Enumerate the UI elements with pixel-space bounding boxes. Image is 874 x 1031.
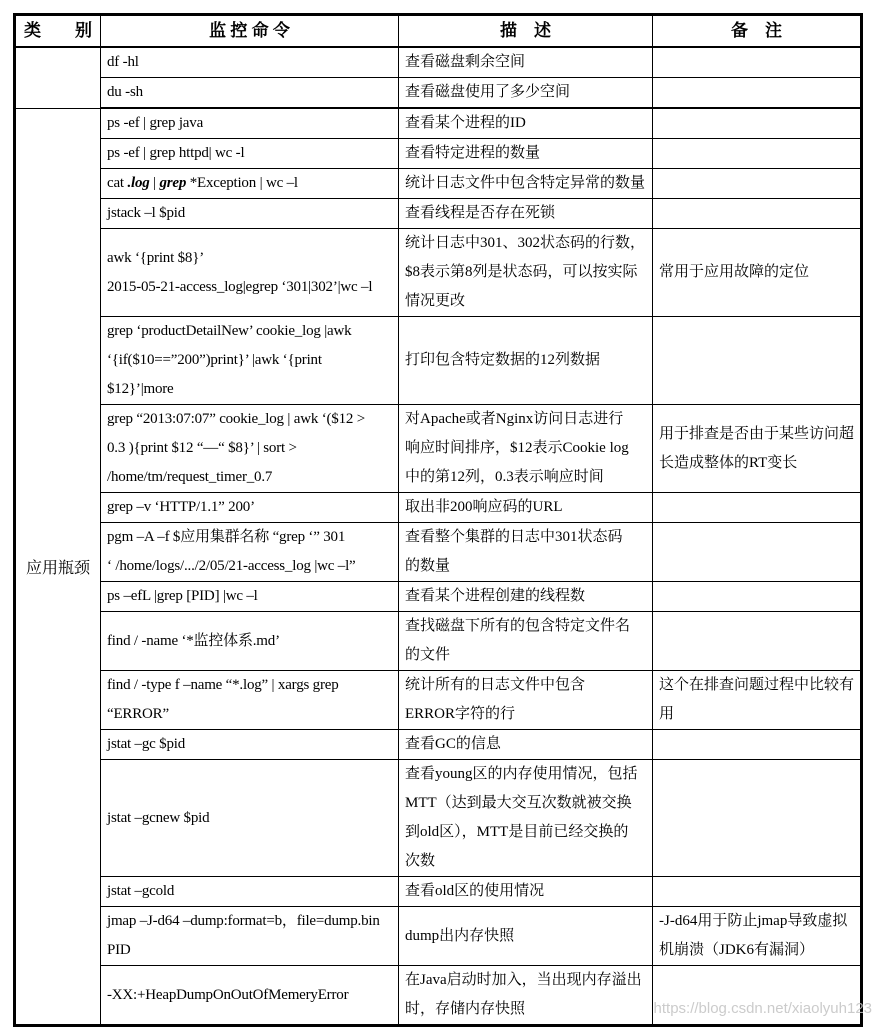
description-cell: 统计所有的日志文件中包含ERROR字符的行 (399, 671, 653, 730)
category-cell (15, 47, 101, 108)
cell-line: 的文件 (405, 641, 646, 670)
table-row: cat .log | grep *Exception | wc –l统计日志文件… (15, 169, 862, 199)
cell-line: 这个在排查问题过程中比较有 (659, 671, 854, 700)
cell-line: -XX:+HeapDumpOnOutOfMemeryError (107, 981, 392, 1010)
note-cell (653, 317, 862, 405)
note-cell (653, 493, 862, 523)
description-cell: 查看磁盘剩余空间 (399, 47, 653, 78)
note-cell (653, 139, 862, 169)
command-cell: -XX:+HeapDumpOnOutOfMemeryError (101, 966, 399, 1026)
cell-line: cat .log | grep *Exception | wc –l (107, 169, 392, 198)
note-cell (653, 760, 862, 877)
command-segment-emphasis: grep (159, 175, 186, 191)
note-cell (653, 877, 862, 907)
description-cell: 打印包含特定数据的12列数据 (399, 317, 653, 405)
cell-line: 查看old区的使用情况 (405, 877, 646, 906)
cell-line: 取出非200响应码的URL (405, 493, 646, 522)
cell-line: 到old区），MTT是目前已经交换的 (405, 818, 646, 847)
command-cell: df -hl (101, 47, 399, 78)
cell-line: 查看整个集群的日志中301状态码 (405, 523, 646, 552)
command-cell: du -sh (101, 78, 399, 109)
cell-line: 次数 (405, 847, 646, 876)
command-cell: grep “2013:07:07” cookie_log | awk ‘($12… (101, 405, 399, 493)
column-header-note: 备 注 (653, 15, 862, 48)
cell-line: MTT（达到最大交互次数就被交换 (405, 789, 646, 818)
note-cell (653, 169, 862, 199)
description-cell: 查看某个进程的ID (399, 108, 653, 139)
table-row: ps –efL |grep [PID] |wc –l查看某个进程创建的线程数 (15, 582, 862, 612)
command-cell: cat .log | grep *Exception | wc –l (101, 169, 399, 199)
cell-line: pgm –A –f $应用集群名称 “grep ‘” 301 (107, 523, 392, 552)
table-row: 应用瓶颈ps -ef | grep java查看某个进程的ID (15, 108, 862, 139)
cell-line: 中的第12列，0.3表示响应时间 (405, 463, 646, 492)
cell-line: $12}’|more (107, 375, 392, 404)
command-segment-emphasis: .log (127, 175, 149, 191)
cell-line: ps -ef | grep java (107, 109, 392, 138)
cell-line: grep ‘productDetailNew’ cookie_log |awk (107, 317, 392, 346)
description-cell: 查看整个集群的日志中301状态码的数量 (399, 523, 653, 582)
table-row: find / -name ‘*监控体系.md’查找磁盘下所有的包含特定文件名的文… (15, 612, 862, 671)
cell-line: “ERROR” (107, 700, 392, 729)
category-cell: 应用瓶颈 (15, 108, 101, 1026)
header-row: 类 别 监 控 命 令 描 述 备 注 (15, 15, 862, 48)
command-cell: ps -ef | grep java (101, 108, 399, 139)
note-cell (653, 582, 862, 612)
note-cell (653, 47, 862, 78)
cell-line: 查看某个进程的ID (405, 109, 646, 138)
cell-line: 时，存储内存快照 (405, 995, 646, 1024)
note-cell: 用于排查是否由于某些访问超长造成整体的RT变长 (653, 405, 862, 493)
page: 类 别 监 控 命 令 描 述 备 注 df -hl查看磁盘剩余空间du -sh… (0, 0, 874, 1031)
command-cell: pgm –A –f $应用集群名称 “grep ‘” 301‘ /home/lo… (101, 523, 399, 582)
description-cell: dump出内存快照 (399, 907, 653, 966)
note-cell (653, 730, 862, 760)
cell-line: grep “2013:07:07” cookie_log | awk ‘($12… (107, 405, 392, 434)
description-cell: 对Apache或者Nginx访问日志进行响应时间排序，$12表示Cookie l… (399, 405, 653, 493)
description-cell: 取出非200响应码的URL (399, 493, 653, 523)
table-row: jstat –gc $pid查看GC的信息 (15, 730, 862, 760)
description-cell: 查看young区的内存使用情况，包括MTT（达到最大交互次数就被交换到old区）… (399, 760, 653, 877)
cell-line: jstat –gcnew $pid (107, 804, 392, 833)
command-cell: grep ‘productDetailNew’ cookie_log |awk‘… (101, 317, 399, 405)
description-cell: 统计日志文件中包含特定异常的数量 (399, 169, 653, 199)
cell-line: /home/tm/request_timer_0.7 (107, 463, 392, 492)
cell-line: 查看磁盘使用了多少空间 (405, 78, 646, 107)
cell-line: 常用于应用故障的定位 (659, 258, 854, 287)
cell-line: ps –efL |grep [PID] |wc –l (107, 582, 392, 611)
cell-line: 查看young区的内存使用情况，包括 (405, 760, 646, 789)
note-cell (653, 199, 862, 229)
cell-line: 查看GC的信息 (405, 730, 646, 759)
command-segment: *Exception | wc –l (186, 175, 298, 191)
description-cell: 查看某个进程创建的线程数 (399, 582, 653, 612)
command-segment: | (150, 175, 160, 191)
description-cell: 查看磁盘使用了多少空间 (399, 78, 653, 109)
cell-line: 0.3 ){print $12 “—“ $8}’ | sort > (107, 434, 392, 463)
note-cell (653, 612, 862, 671)
cell-line: 用于排查是否由于某些访问超 (659, 420, 854, 449)
cell-line: awk ‘{print $8}’ (107, 244, 392, 273)
column-header-category: 类 别 (15, 15, 101, 48)
cell-line: jstack –l $pid (107, 199, 392, 228)
note-cell: 常用于应用故障的定位 (653, 229, 862, 317)
cell-line: 对Apache或者Nginx访问日志进行 (405, 405, 646, 434)
description-cell: 查看特定进程的数量 (399, 139, 653, 169)
table-row: df -hl查看磁盘剩余空间 (15, 47, 862, 78)
description-cell: 统计日志中301、302状态码的行数，$8表示第8列是状态码，可以按实际情况更改 (399, 229, 653, 317)
cell-line: 查看线程是否存在死锁 (405, 199, 646, 228)
note-cell: -J-d64用于防止jmap导致虚拟机崩溃（JDK6有漏洞） (653, 907, 862, 966)
cell-line: 查看磁盘剩余空间 (405, 48, 646, 77)
cell-line: 情况更改 (405, 287, 646, 316)
cell-line: 查找磁盘下所有的包含特定文件名 (405, 612, 646, 641)
description-cell: 在Java启动时加入，当出现内存溢出时，存储内存快照 (399, 966, 653, 1026)
table-row: jstack –l $pid查看线程是否存在死锁 (15, 199, 862, 229)
command-cell: ps -ef | grep httpd| wc -l (101, 139, 399, 169)
command-cell: find / -type f –name “*.log” | xargs gre… (101, 671, 399, 730)
table-row: grep ‘productDetailNew’ cookie_log |awk‘… (15, 317, 862, 405)
table-row: du -sh查看磁盘使用了多少空间 (15, 78, 862, 109)
cell-line: find / -name ‘*监控体系.md’ (107, 627, 392, 656)
monitoring-commands-table: 类 别 监 控 命 令 描 述 备 注 df -hl查看磁盘剩余空间du -sh… (13, 13, 863, 1027)
cell-line: $8表示第8列是状态码，可以按实际 (405, 258, 646, 287)
note-cell (653, 523, 862, 582)
cell-line: 机崩溃（JDK6有漏洞） (659, 936, 854, 965)
cell-line: 在Java启动时加入，当出现内存溢出 (405, 966, 646, 995)
table-row: pgm –A –f $应用集群名称 “grep ‘” 301‘ /home/lo… (15, 523, 862, 582)
cell-line: jstat –gc $pid (107, 730, 392, 759)
table-row: grep –v ‘HTTP/1.1” 200’取出非200响应码的URL (15, 493, 862, 523)
table-row: jstat –gcnew $pid查看young区的内存使用情况，包括MTT（达… (15, 760, 862, 877)
command-cell: jstat –gc $pid (101, 730, 399, 760)
cell-line: 打印包含特定数据的12列数据 (405, 346, 646, 375)
command-cell: jstat –gcnew $pid (101, 760, 399, 877)
description-cell: 查看GC的信息 (399, 730, 653, 760)
description-cell: 查看线程是否存在死锁 (399, 199, 653, 229)
cell-line: ‘ /home/logs/.../2/05/21-access_log |wc … (107, 552, 392, 581)
command-cell: jstat –gcold (101, 877, 399, 907)
column-header-command: 监 控 命 令 (101, 15, 399, 48)
cell-line: 2015-05-21-access_log|egrep ‘301|302’|wc… (107, 273, 392, 302)
note-cell (653, 966, 862, 1026)
cell-line: PID (107, 936, 392, 965)
table-row: awk ‘{print $8}’2015-05-21-access_log|eg… (15, 229, 862, 317)
command-cell: find / -name ‘*监控体系.md’ (101, 612, 399, 671)
cell-line: 响应时间排序，$12表示Cookie log (405, 434, 646, 463)
column-header-description: 描 述 (399, 15, 653, 48)
cell-line: 的数量 (405, 552, 646, 581)
table-row: jstat –gcold查看old区的使用情况 (15, 877, 862, 907)
table-row: find / -type f –name “*.log” | xargs gre… (15, 671, 862, 730)
table-wrap: 类 别 监 控 命 令 描 述 备 注 df -hl查看磁盘剩余空间du -sh… (13, 13, 863, 1027)
note-cell (653, 78, 862, 109)
cell-line: 统计所有的日志文件中包含 (405, 671, 646, 700)
cell-line: ps -ef | grep httpd| wc -l (107, 139, 392, 168)
note-cell: 这个在排查问题过程中比较有用 (653, 671, 862, 730)
cell-line: du -sh (107, 78, 392, 107)
command-cell: awk ‘{print $8}’2015-05-21-access_log|eg… (101, 229, 399, 317)
cell-line: ERROR字符的行 (405, 700, 646, 729)
cell-line: find / -type f –name “*.log” | xargs gre… (107, 671, 392, 700)
cell-line: 查看某个进程创建的线程数 (405, 582, 646, 611)
cell-line: 统计日志中301、302状态码的行数， (405, 229, 646, 258)
description-cell: 查看old区的使用情况 (399, 877, 653, 907)
cell-line: df -hl (107, 48, 392, 77)
cell-line: jstat –gcold (107, 877, 392, 906)
note-cell (653, 108, 862, 139)
command-cell: ps –efL |grep [PID] |wc –l (101, 582, 399, 612)
cell-line: 查看特定进程的数量 (405, 139, 646, 168)
table-body: df -hl查看磁盘剩余空间du -sh查看磁盘使用了多少空间应用瓶颈ps -e… (15, 47, 862, 1026)
table-row: jmap –J-d64 –dump:format=b，file=dump.bin… (15, 907, 862, 966)
cell-line: 统计日志文件中包含特定异常的数量 (405, 169, 646, 198)
description-cell: 查找磁盘下所有的包含特定文件名的文件 (399, 612, 653, 671)
cell-line: 长造成整体的RT变长 (659, 449, 854, 478)
cell-line: -J-d64用于防止jmap导致虚拟 (659, 907, 854, 936)
table-row: grep “2013:07:07” cookie_log | awk ‘($12… (15, 405, 862, 493)
command-segment: cat (107, 175, 127, 191)
cell-line: jmap –J-d64 –dump:format=b，file=dump.bin (107, 907, 392, 936)
table-row: -XX:+HeapDumpOnOutOfMemeryError在Java启动时加… (15, 966, 862, 1026)
cell-line: ‘{if($10==”200”)print}’ |awk ‘{print (107, 346, 392, 375)
cell-line: grep –v ‘HTTP/1.1” 200’ (107, 493, 392, 522)
command-cell: grep –v ‘HTTP/1.1” 200’ (101, 493, 399, 523)
command-cell: jstack –l $pid (101, 199, 399, 229)
command-cell: jmap –J-d64 –dump:format=b，file=dump.bin… (101, 907, 399, 966)
table-row: ps -ef | grep httpd| wc -l查看特定进程的数量 (15, 139, 862, 169)
table-header: 类 别 监 控 命 令 描 述 备 注 (15, 15, 862, 48)
cell-line: dump出内存快照 (405, 922, 646, 951)
cell-line: 用 (659, 700, 854, 729)
